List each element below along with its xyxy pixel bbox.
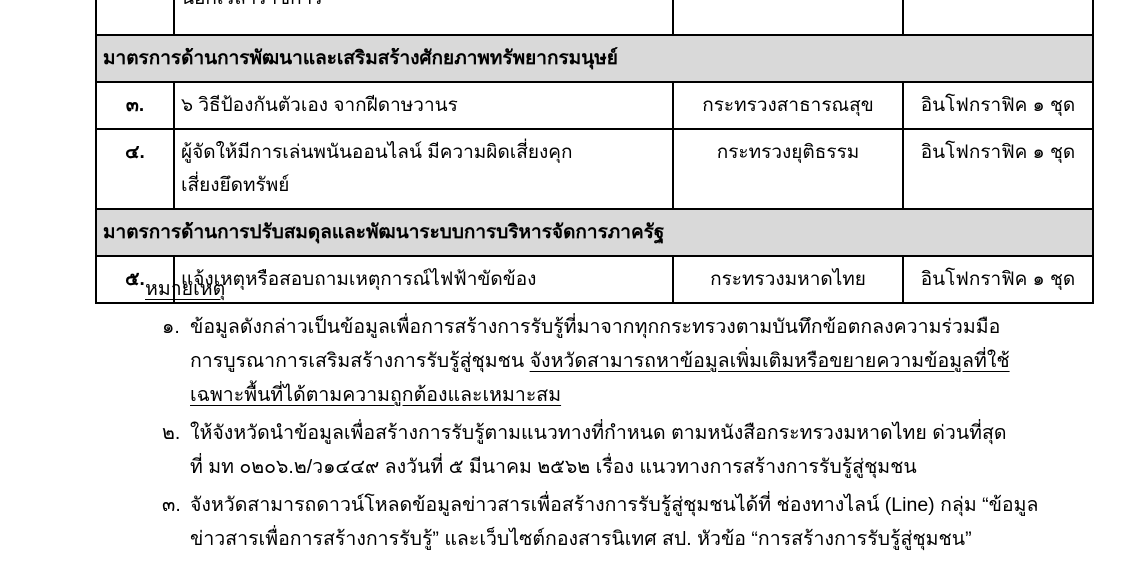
note-segment: การบูรณาการเสริมสร้างการรับรู้สู่ชุมชน [190,350,530,372]
table-row: ๔.ผู้จัดให้มีการเล่นพนันออนไลน์ มีความผิ… [96,129,1093,209]
ministry-cell: กระทรวงยุติธรรม [673,129,903,209]
partial-empty-cell [903,0,1093,35]
notes-section: หมายเหตุ ๑.ข้อมูลดังกล่าวเป็นข้อมูลเพื่อ… [145,272,1095,556]
note-text: ข้อมูลดังกล่าวเป็นข้อมูลเพื่อการสร้างการ… [190,310,1095,412]
partial-empty-cell [673,0,903,35]
note-line: ที่ มท ๐๒๐๖.๒/ว๑๔๔๙ ลงวันที่ ๕ มีนาคม ๒๕… [190,450,1095,484]
ministry-cell: กระทรวงสาธารณสุข [673,82,903,129]
output-cell: อินโฟกราฟิค ๑ ชุด [903,82,1093,129]
output-cell: อินโฟกราฟิค ๑ ชุด [903,129,1093,209]
note-item: ๒.ให้จังหวัดนำข้อมูลเพื่อสร้างการรับรู้ต… [145,416,1095,484]
note-line: การบูรณาการเสริมสร้างการรับรู้สู่ชุมชน จ… [190,344,1095,378]
note-item: ๑.ข้อมูลดังกล่าวเป็นข้อมูลเพื่อการสร้างก… [145,310,1095,412]
note-line: ข้อมูลดังกล่าวเป็นข้อมูลเพื่อการสร้างการ… [190,310,1095,344]
notes-list: ๑.ข้อมูลดังกล่าวเป็นข้อมูลเพื่อการสร้างก… [145,310,1095,556]
note-segment: จังหวัดสามารถหาข้อมูลเพิ่มเติมหรือขยายคว… [530,350,1010,372]
note-segment: เฉพาะพื้นที่ได้ตามความถูกต้องและเหมาะสม [190,384,561,406]
note-item: ๓.จังหวัดสามารถดาวน์โหลดข้อมูลข่าวสารเพื… [145,488,1095,556]
table-row: ๓.๖ วิธีป้องกันตัวเอง จากฝีดาษวานรกระทรว… [96,82,1093,129]
note-segment: ให้จังหวัดนำข้อมูลเพื่อสร้างการรับรู้ตาม… [190,422,1007,444]
note-segment: ข่าวสารเพื่อการสร้างการรับรู้” และเว็บไซ… [190,528,972,550]
note-line: จังหวัดสามารถดาวน์โหลดข้อมูลข่าวสารเพื่อ… [190,488,1095,522]
partial-topic-cell: นอกเวลาราชการ [174,0,673,35]
info-table-body: นอกเวลาราชการมาตรการด้านการพัฒนาและเสริม… [96,0,1093,303]
note-number: ๓. [162,488,181,522]
note-line: ข่าวสารเพื่อการสร้างการรับรู้” และเว็บไซ… [190,522,1095,556]
info-table: นอกเวลาราชการมาตรการด้านการพัฒนาและเสริม… [95,0,1094,304]
section-header-cell: มาตรการด้านการพัฒนาและเสริมสร้างศักยภาพท… [96,35,1093,82]
note-segment: ที่ มท ๐๒๐๖.๒/ว๑๔๔๙ ลงวันที่ ๕ มีนาคม ๒๕… [190,456,917,478]
note-segment: จังหวัดสามารถดาวน์โหลดข้อมูลข่าวสารเพื่อ… [190,494,1038,516]
section-header-row: มาตรการด้านการปรับสมดุลและพัฒนาระบบการบร… [96,209,1093,256]
note-text: ให้จังหวัดนำข้อมูลเพื่อสร้างการรับรู้ตาม… [190,416,1095,484]
note-number: ๑. [162,310,180,344]
document-page: นอกเวลาราชการมาตรการด้านการพัฒนาและเสริม… [0,0,1130,580]
note-segment: ข้อมูลดังกล่าวเป็นข้อมูลเพื่อการสร้างการ… [190,316,1000,338]
table-row-partial: นอกเวลาราชการ [96,0,1093,35]
note-number: ๒. [162,416,180,450]
note-line: ให้จังหวัดนำข้อมูลเพื่อสร้างการรับรู้ตาม… [190,416,1095,450]
topic-cell: ๖ วิธีป้องกันตัวเอง จากฝีดาษวานร [174,82,673,129]
row-number-cell: ๓. [96,82,174,129]
section-header-cell: มาตรการด้านการปรับสมดุลและพัฒนาระบบการบร… [96,209,1093,256]
note-line: เฉพาะพื้นที่ได้ตามความถูกต้องและเหมาะสม [190,378,1095,412]
notes-heading: หมายเหตุ [145,272,225,306]
note-text: จังหวัดสามารถดาวน์โหลดข้อมูลข่าวสารเพื่อ… [190,488,1095,556]
row-number-cell: ๔. [96,129,174,209]
partial-empty-cell [96,0,174,35]
section-header-row: มาตรการด้านการพัฒนาและเสริมสร้างศักยภาพท… [96,35,1093,82]
topic-cell: ผู้จัดให้มีการเล่นพนันออนไลน์ มีความผิดเ… [174,129,673,209]
